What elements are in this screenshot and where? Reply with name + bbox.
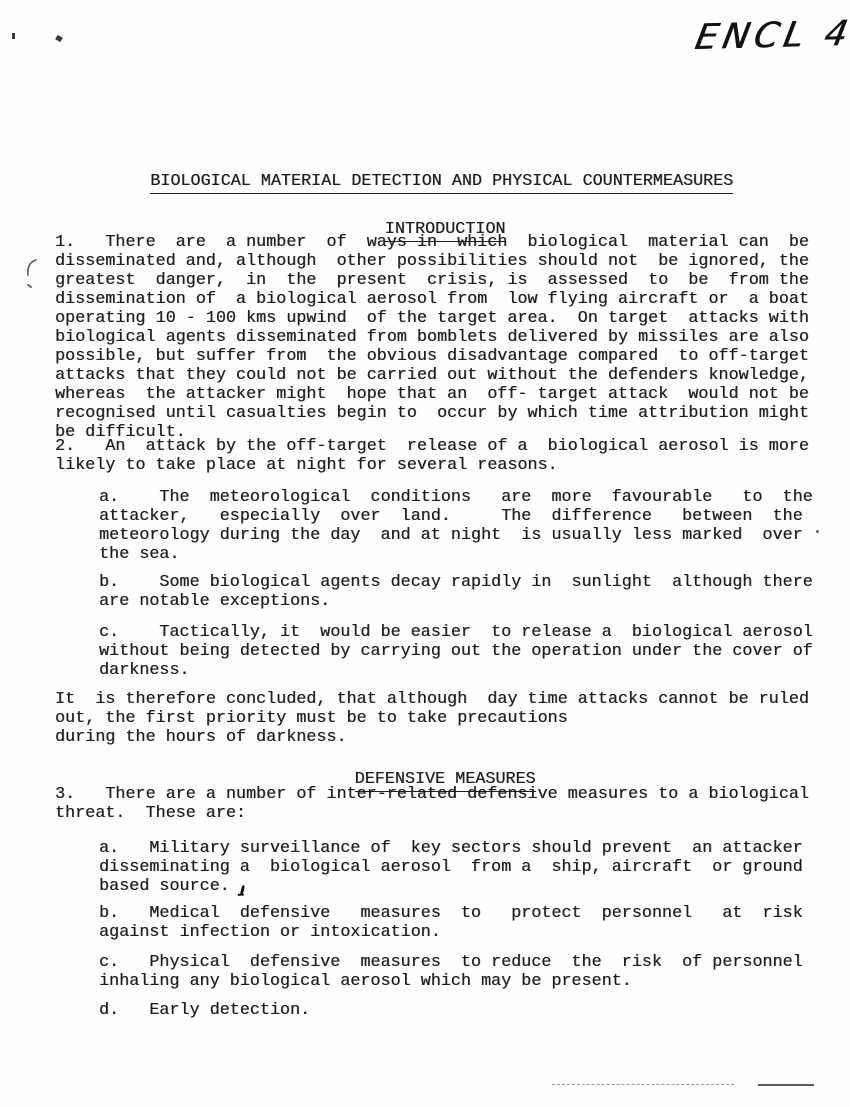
document-title-text: BIOLOGICAL MATERIAL DETECTION AND PHYSIC…	[150, 172, 733, 194]
conclusion-paragraph: It is therefore concluded, that although…	[55, 690, 809, 747]
paragraph-1: 1. There are a number of ways in which b…	[55, 233, 809, 442]
scanned-document-page: ENCL 4 BIOLOGICAL MATERIAL DETECTION AND…	[0, 0, 850, 1107]
handwritten-encl-annotation: ENCL 4	[692, 14, 850, 58]
subparagraph-2c: c. Tactically, it would be easier to rel…	[99, 623, 813, 680]
subparagraph-3b: b. Medical defensive measures to protect…	[99, 904, 803, 942]
paragraph-2: 2. An attack by the off-target release o…	[55, 437, 809, 475]
scan-speck	[12, 33, 15, 39]
scan-speck	[55, 35, 63, 42]
subparagraph-3c: c. Physical defensive measures to reduce…	[99, 953, 803, 991]
subparagraph-2b: b. Some biological agents decay rapidly …	[99, 573, 813, 611]
subparagraph-2a: a. The meteorological conditions are mor…	[99, 488, 813, 564]
bottom-scan-line	[552, 1084, 734, 1085]
subparagraph-3d: d. Early detection.	[99, 1001, 310, 1020]
scan-speck	[816, 530, 819, 533]
subparagraph-3a: a. Military surveillance of key sectors …	[99, 839, 803, 896]
margin-pencil-mark	[23, 255, 39, 293]
paragraph-3: 3. There are a number of inter-related d…	[55, 785, 809, 823]
bottom-scan-line	[758, 1084, 814, 1086]
